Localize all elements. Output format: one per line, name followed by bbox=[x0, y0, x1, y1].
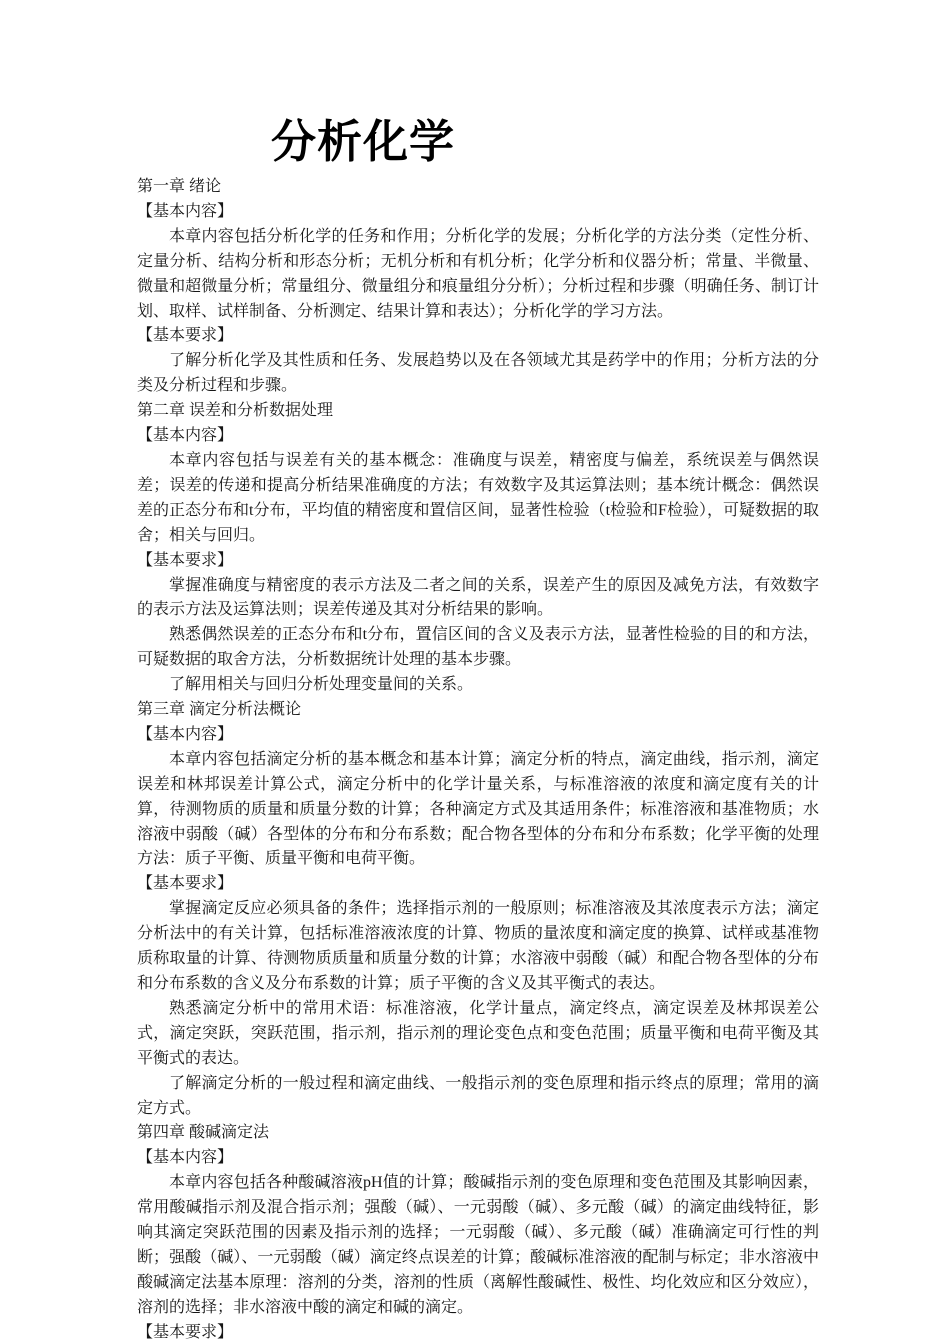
document-content: 第一章 绪论【基本内容】本章内容包括分析化学的任务和作用；分析化学的发展；分析化… bbox=[137, 175, 819, 1344]
paragraph: 本章内容包括与误差有关的基本概念：准确度与误差，精密度与偏差，系统误差与偶然误差… bbox=[137, 449, 819, 549]
paragraph: 了解用相关与回归分析处理变量间的关系。 bbox=[137, 673, 819, 698]
paragraph: 本章内容包括滴定分析的基本概念和基本计算；滴定分析的特点，滴定曲线，指示剂，滴定… bbox=[137, 748, 819, 873]
chapter-heading: 第二章 误差和分析数据处理 bbox=[137, 399, 819, 424]
paragraph: 了解分析化学及其性质和任务、发展趋势以及在各领域尤其是药学中的作用；分析方法的分… bbox=[137, 349, 819, 399]
paragraph: 本章内容包括各种酸碱溶液pH值的计算；酸碱指示剂的变色原理和变色范围及其影响因素… bbox=[137, 1171, 819, 1320]
section-heading: 【基本内容】 bbox=[137, 424, 819, 449]
section-heading: 【基本内容】 bbox=[137, 1146, 819, 1171]
paragraph: 掌握滴定反应必须具备的条件；选择指示剂的一般原则；标准溶液及其浓度表示方法；滴定… bbox=[137, 897, 819, 997]
section-heading: 【基本要求】 bbox=[137, 872, 819, 897]
chapter-heading: 第四章 酸碱滴定法 bbox=[137, 1121, 819, 1146]
chapter-heading: 第一章 绪论 bbox=[137, 175, 819, 200]
section-heading: 【基本要求】 bbox=[137, 1321, 819, 1344]
paragraph: 了解滴定分析的一般过程和滴定曲线、一般指示剂的变色原理和指示终点的原理；常用的滴… bbox=[137, 1072, 819, 1122]
section-heading: 【基本要求】 bbox=[137, 549, 819, 574]
paragraph: 熟悉滴定分析中的常用术语：标准溶液，化学计量点，滴定终点，滴定误差及林邦误差公式… bbox=[137, 997, 819, 1072]
paragraph: 熟悉偶然误差的正态分布和t分布，置信区间的含义及表示方法，显著性检验的目的和方法… bbox=[137, 623, 819, 673]
section-heading: 【基本内容】 bbox=[137, 200, 819, 225]
document-page: 分析化学 第一章 绪论【基本内容】本章内容包括分析化学的任务和作用；分析化学的发… bbox=[0, 0, 950, 1344]
paragraph: 掌握准确度与精密度的表示方法及二者之间的关系，误差产生的原因及减免方法，有效数字… bbox=[137, 574, 819, 624]
chapter-heading: 第三章 滴定分析法概论 bbox=[137, 698, 819, 723]
paragraph: 本章内容包括分析化学的任务和作用；分析化学的发展；分析化学的方法分类（定性分析、… bbox=[137, 225, 819, 325]
section-heading: 【基本要求】 bbox=[137, 324, 819, 349]
section-heading: 【基本内容】 bbox=[137, 723, 819, 748]
document-title: 分析化学 bbox=[271, 116, 455, 168]
